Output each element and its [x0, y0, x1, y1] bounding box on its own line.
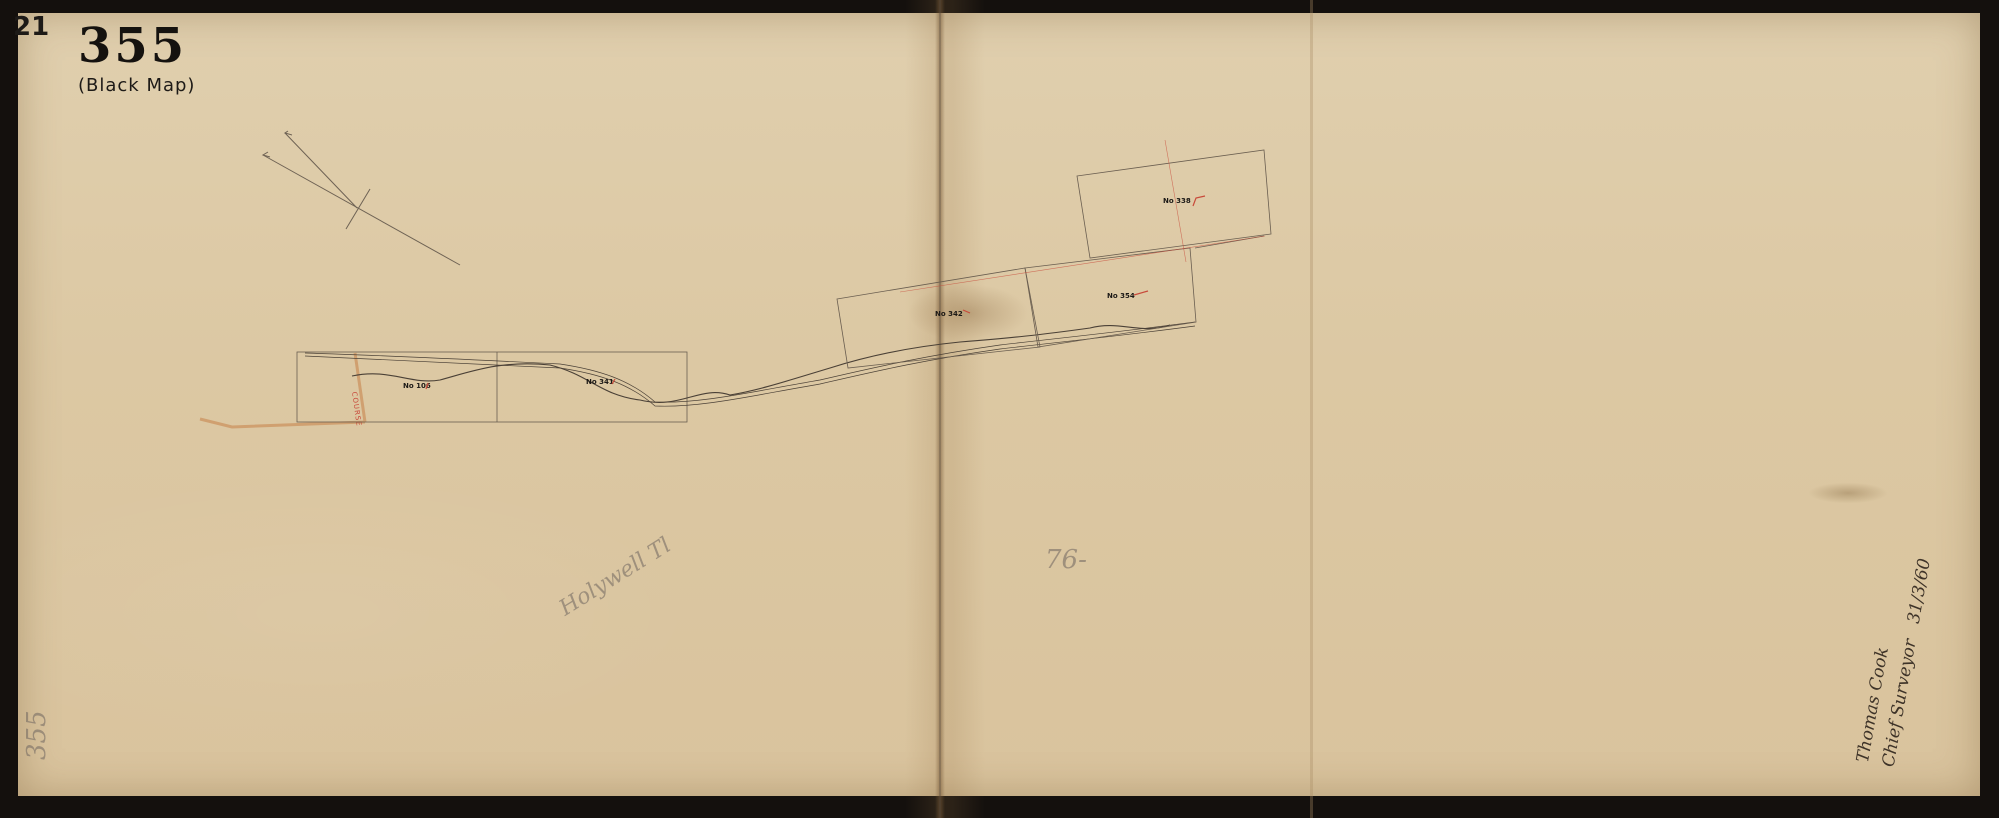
survey-lines-red: [900, 140, 1265, 292]
parcel-label-338: No 338: [1163, 197, 1191, 205]
survey-drawing: COURSE No 106 No 341 No 342 No 354 No 33…: [0, 0, 1999, 818]
red-check-marks: [426, 196, 1205, 389]
parcel-label-342: No 342: [935, 310, 963, 318]
parcel-label-354: No 354: [1107, 292, 1135, 300]
river: [305, 322, 1195, 406]
parcel-label-341: No 341: [586, 378, 614, 386]
road: [200, 353, 365, 427]
north-arrow-icon: [263, 131, 460, 265]
parcel-boundaries-central: [837, 150, 1271, 368]
